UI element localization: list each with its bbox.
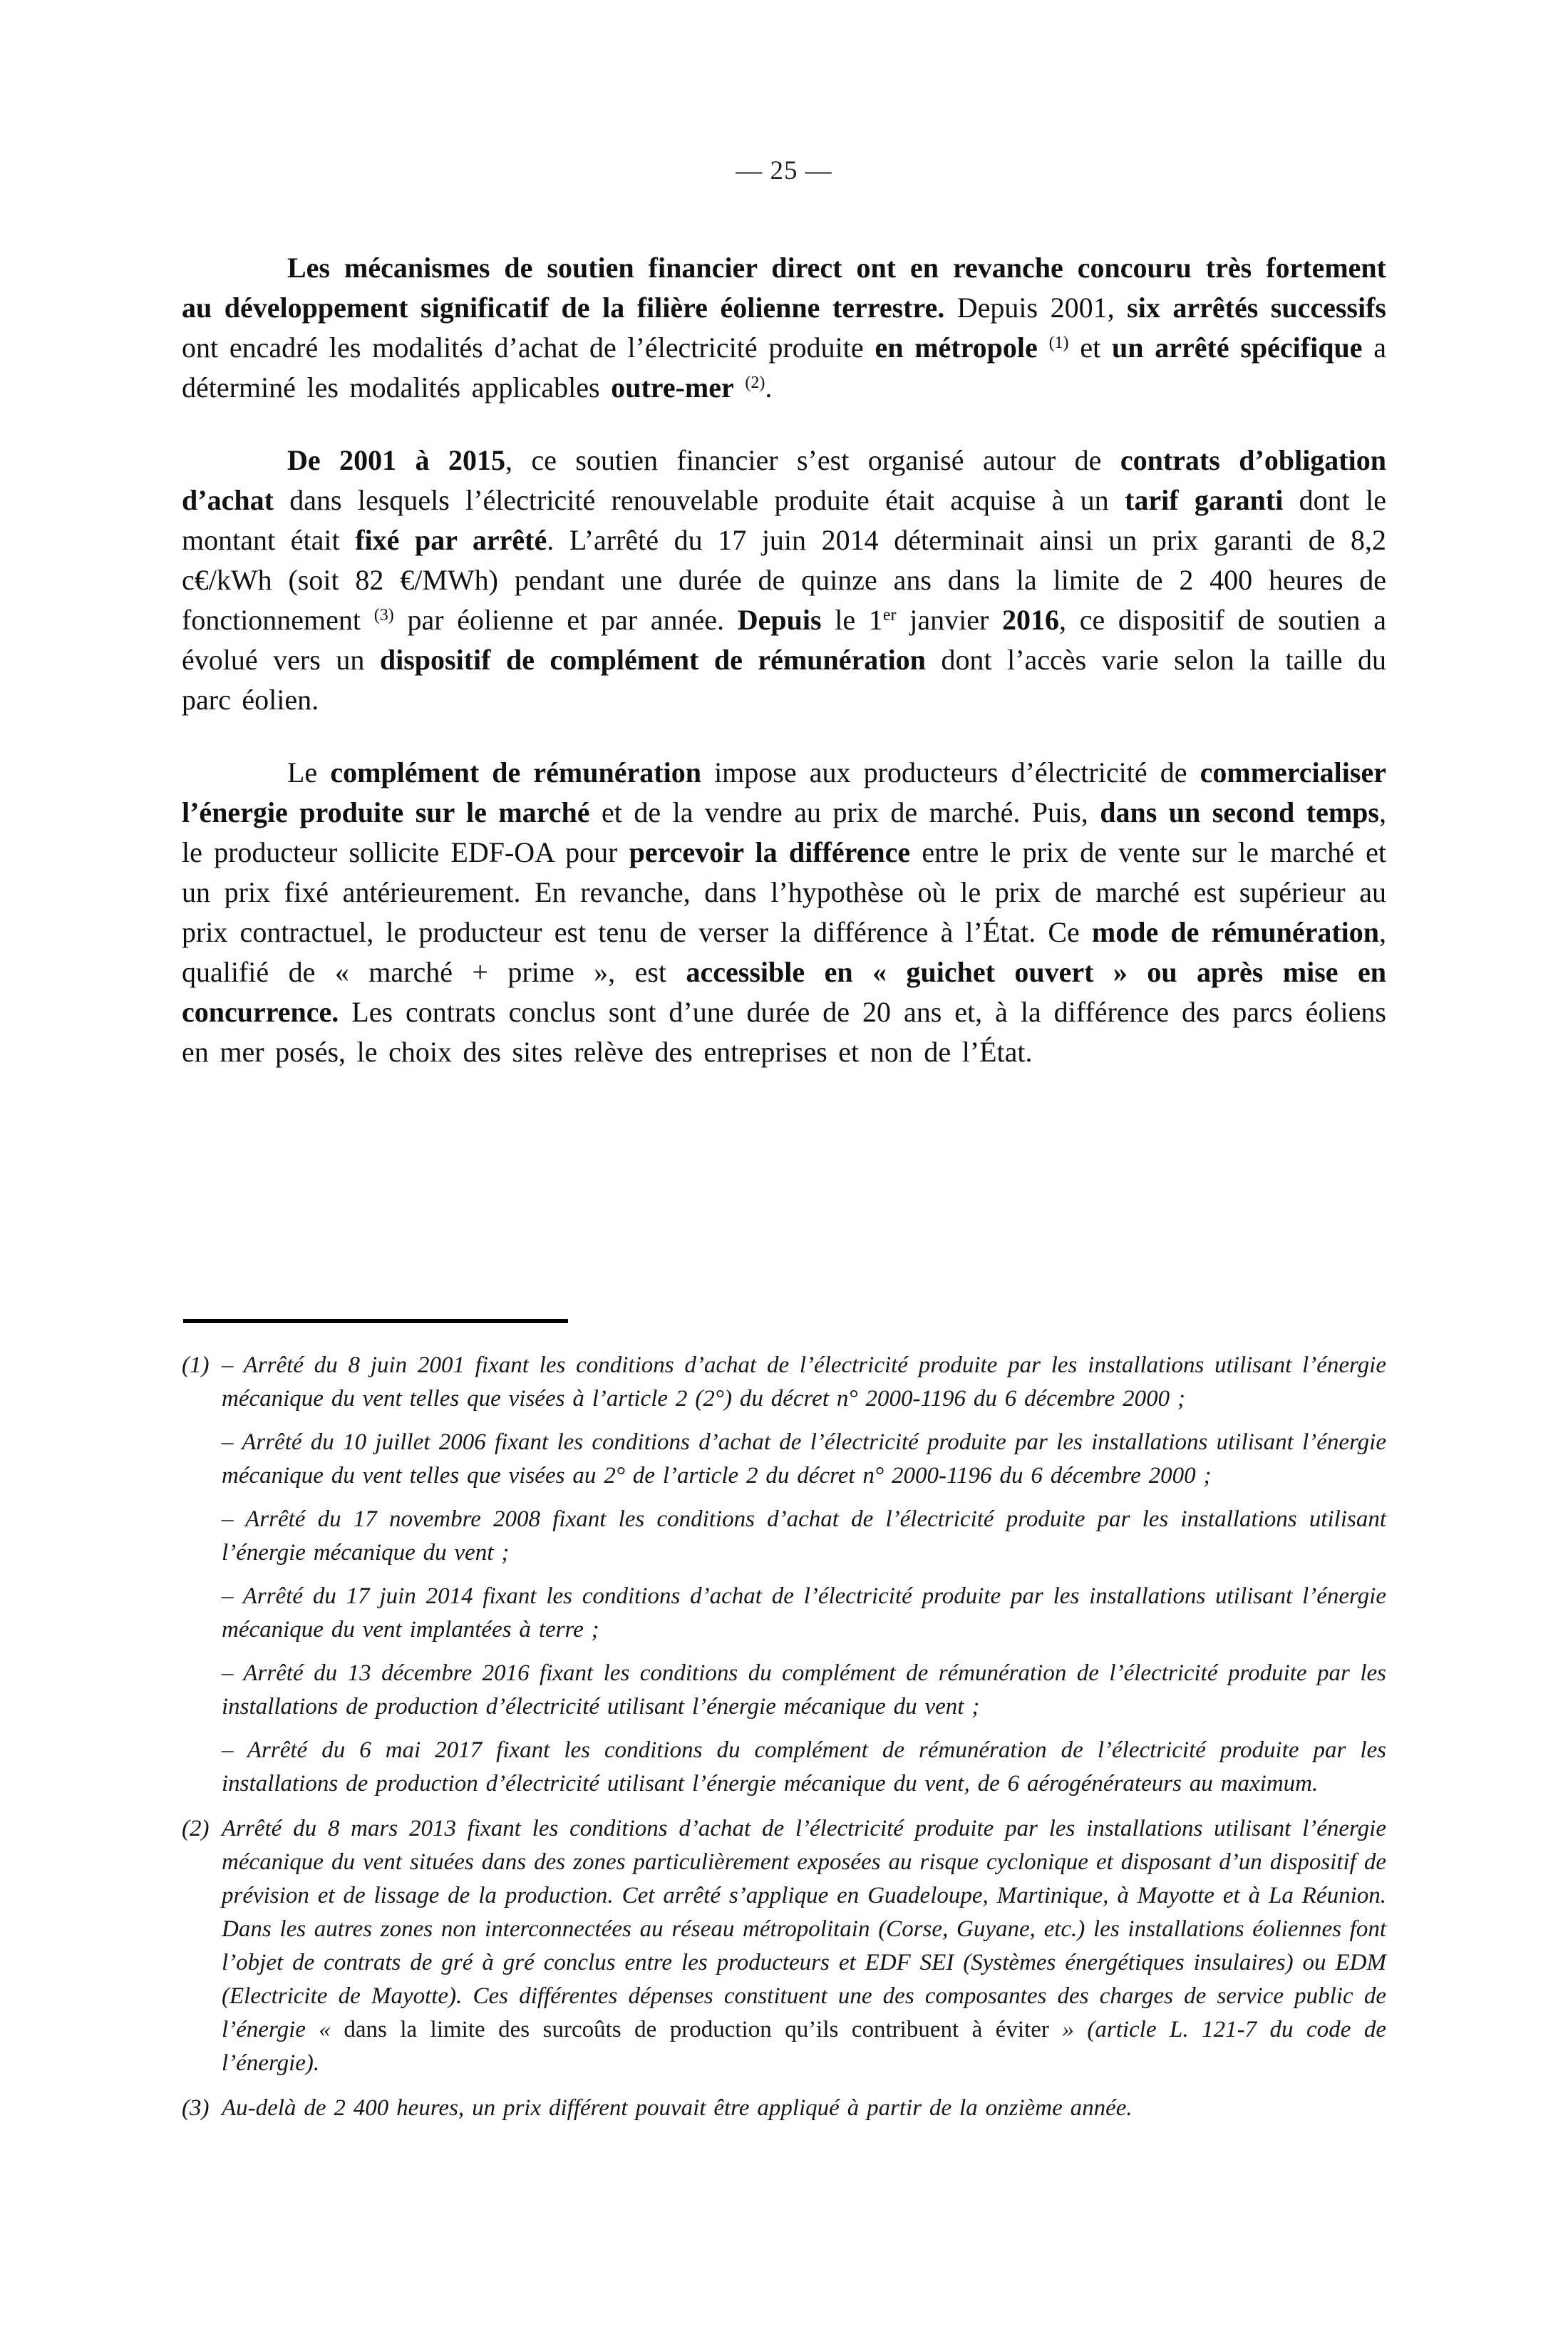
text-run: dispositif de complément de rémunération	[380, 644, 926, 676]
footnote-separator-rule	[183, 1319, 568, 1323]
footnote-2: (2) Arrêté du 8 mars 2013 fixant les con…	[182, 1812, 1386, 2080]
footnote-1-items: – Arrêté du 8 juin 2001 fixant les condi…	[222, 1349, 1386, 1801]
footnote-1-item-arrete-2017: – Arrêté du 6 mai 2017 fixant les condit…	[222, 1734, 1386, 1801]
paragraph-support-mechanisms: Les mécanismes de soutien financier dire…	[182, 248, 1386, 408]
text-run: en métropole	[875, 331, 1037, 364]
text-run: outre-mer	[611, 371, 734, 404]
text-run: tarif garanti	[1125, 484, 1283, 516]
footnote-1: (1) – Arrêté du 8 juin 2001 fixant les c…	[182, 1349, 1386, 1801]
superscript-reference: (2)	[745, 374, 765, 392]
superscript-reference: (1)	[1049, 334, 1069, 352]
text-run: dans un second temps	[1100, 796, 1379, 828]
text-run: Les contrats conclus sont d’une durée de…	[182, 996, 1386, 1068]
paragraph-2001-2015: De 2001 à 2015, ce soutien financier s’e…	[182, 441, 1386, 720]
footnote-2-text: Arrêté du 8 mars 2013 fixant les conditi…	[222, 1812, 1386, 2080]
body-text: Les mécanismes de soutien financier dire…	[182, 248, 1386, 1072]
text-run: Depuis	[738, 604, 822, 636]
paragraph-complement-remuneration: Le complément de rémunération impose aux…	[182, 753, 1386, 1072]
text-run: janvier	[897, 604, 1002, 636]
footnote-3-items: Au-delà de 2 400 heures, un prix différe…	[222, 2092, 1386, 2125]
text-run: et	[1069, 331, 1112, 364]
text-run: – Arrêté du 13 décembre 2016 fixant les …	[222, 1660, 1386, 1720]
text-run: ont encadré les modalités d’achat de l’é…	[182, 331, 875, 364]
text-run: dans lesquels l’électricité renouvelable…	[274, 484, 1125, 516]
text-run: Depuis 2001,	[944, 292, 1127, 324]
superscript-reference: er	[883, 606, 897, 624]
text-run	[1038, 331, 1049, 364]
footnote-1-item-arrete-2008: – Arrêté du 17 novembre 2008 fixant les …	[222, 1503, 1386, 1570]
text-run: – Arrêté du 10 juillet 2006 fixant les c…	[222, 1429, 1386, 1489]
text-run: , ce soutien financier s’est organisé au…	[505, 444, 1120, 476]
footnote-2-marker: (2)	[182, 1812, 209, 1846]
text-run: dans la limite des surcoûts de productio…	[344, 2017, 1049, 2042]
footnote-3-marker: (3)	[182, 2092, 209, 2125]
page-number: — 25 —	[0, 155, 1568, 186]
text-run: 2016	[1002, 604, 1059, 636]
text-run: Le	[287, 756, 330, 788]
text-run: fixé par arrêté	[355, 524, 547, 556]
text-run: et de la vendre au prix de marché. Puis,	[590, 796, 1100, 828]
text-run: – Arrêté du 17 novembre 2008 fixant les …	[222, 1506, 1386, 1566]
text-run: – Arrêté du 8 juin 2001 fixant les condi…	[222, 1352, 1386, 1412]
footnote-2-items: Arrêté du 8 mars 2013 fixant les conditi…	[222, 1812, 1386, 2080]
footnotes-section: (1) – Arrêté du 8 juin 2001 fixant les c…	[182, 1349, 1386, 2125]
text-run: complément de rémunération	[330, 756, 701, 788]
document-page: — 25 — Les mécanismes de soutien financi…	[0, 0, 1568, 2349]
footnote-1-item-arrete-2006: – Arrêté du 10 juillet 2006 fixant les c…	[222, 1426, 1386, 1493]
text-run: .	[765, 371, 772, 404]
footnote-1-marker: (1)	[182, 1349, 209, 1382]
footnote-3: (3) Au-delà de 2 400 heures, un prix dif…	[182, 2092, 1386, 2125]
text-run: – Arrêté du 17 juin 2014 fixant les cond…	[222, 1583, 1386, 1643]
text-run: le 1	[822, 604, 883, 636]
text-run: un arrêté spécifique	[1112, 331, 1363, 364]
text-run: par éolienne et par année.	[394, 604, 738, 636]
footnote-1-item-arrete-2016: – Arrêté du 13 décembre 2016 fixant les …	[222, 1657, 1386, 1724]
footnote-3-text: Au-delà de 2 400 heures, un prix différe…	[222, 2092, 1386, 2125]
footnote-1-item-arrete-2014: – Arrêté du 17 juin 2014 fixant les cond…	[222, 1580, 1386, 1647]
text-run: Arrêté du 8 mars 2013 fixant les conditi…	[222, 1816, 1386, 2042]
footnote-1-item-arrete-2001: – Arrêté du 8 juin 2001 fixant les condi…	[222, 1349, 1386, 1416]
text-run: impose aux producteurs d’électricité de	[701, 756, 1200, 788]
text-run: six arrêtés successifs	[1127, 292, 1386, 324]
text-run: mode de rémunération	[1092, 916, 1379, 948]
text-run: percevoir la différence	[629, 836, 911, 868]
text-run: – Arrêté du 6 mai 2017 fixant les condit…	[222, 1737, 1386, 1797]
superscript-reference: (3)	[374, 606, 394, 624]
text-run	[734, 371, 746, 404]
text-run: De 2001 à 2015	[287, 444, 505, 476]
text-run: Au-delà de 2 400 heures, un prix différe…	[222, 2095, 1133, 2121]
